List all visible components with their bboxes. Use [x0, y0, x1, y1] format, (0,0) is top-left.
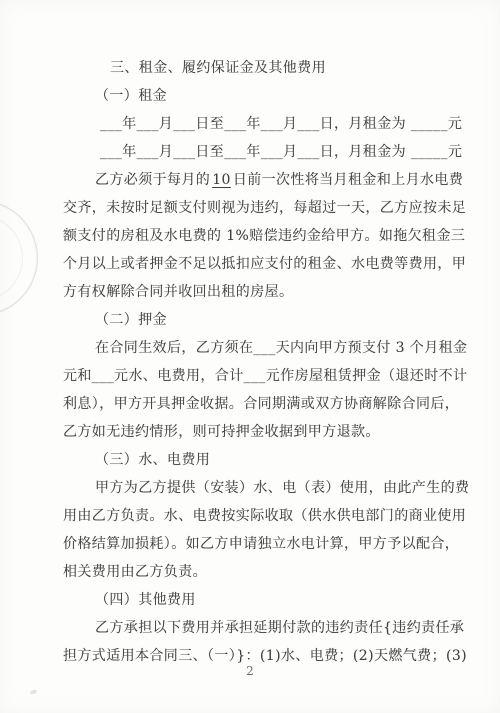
- utilities-para-line-4: 相关费用由乙方负责。: [63, 558, 441, 586]
- deposit-para-line-3: 利息），甲方开具押金收据。合同期满或双方协商解除合同后，: [63, 390, 441, 418]
- subsection-3-heading: （三）水、电费用: [63, 446, 441, 474]
- contract-scan-page: 三、租金、履约保证金及其他费用 （一）租金 ___年___月___日至___年_…: [0, 0, 500, 713]
- contract-body: 三、租金、履约保证金及其他费用 （一）租金 ___年___月___日至___年_…: [63, 54, 441, 670]
- rent-para-line-1-before: 乙方必须于每月的: [95, 172, 210, 188]
- rent-period-blank-line-2: ___年___月___日至___年___月___日，月租金为 _____元: [63, 138, 441, 166]
- subsection-1-heading: （一）租金: [63, 82, 441, 110]
- rent-para-line-2: 交齐，未按时足额支付则视为违约，每超过一天，乙方应按未足: [63, 194, 441, 222]
- deposit-para-line-1: 在合同生效后，乙方须在___天内向甲方预支付 3 个月租金: [63, 334, 441, 362]
- rent-period-blank-line-1: ___年___月___日至___年___月___日，月租金为 _____元: [63, 110, 441, 138]
- utilities-para-line-2: 用由乙方负责。水、电费按实际收取（供水供电部门的商业使用: [63, 502, 441, 530]
- subsection-4-heading: （四）其他费用: [63, 586, 441, 614]
- rent-para-line-1-day-underlined: 10: [210, 172, 233, 188]
- article-3-heading: 三、租金、履约保证金及其他费用: [63, 54, 441, 82]
- subsection-2-heading: （二）押金: [63, 306, 441, 334]
- rent-para-line-3: 额支付的房租及水电费的 1%赔偿违约金给甲方。如拖欠租金三: [63, 222, 441, 250]
- other-fees-para-line-1: 乙方承担以下费用并承担延期付款的违约责任{违约责任承: [63, 614, 441, 642]
- deposit-para-line-4: 乙方如无违约情形，则可持押金收据到甲方退款。: [63, 418, 441, 446]
- page-number: 2: [0, 661, 500, 681]
- faint-stamp-circle-watermark: [0, 200, 38, 316]
- deposit-para-line-2: 元和___元水、电费用，合计___元作房屋租赁押金（退还时不计: [63, 362, 441, 390]
- faint-stamp-inner-ring: [0, 215, 23, 301]
- rent-para-line-4: 个月以上或者押金不足以抵扣应支付的租金、水电费等费用，甲: [63, 250, 441, 278]
- rent-para-line-1-after: 日前一次性将当月租金和上月水电费: [233, 172, 463, 188]
- utilities-para-line-3: 价格结算加损耗）。如乙方申请独立水电计算，甲方予以配合，: [63, 530, 441, 558]
- scan-speck: [30, 689, 38, 695]
- utilities-para-line-1: 甲方为乙方提供（安装）水、电（表）使用，由此产生的费: [63, 474, 441, 502]
- rent-para-line-5: 方有权解除合同并收回出租的房屋。: [63, 278, 441, 306]
- rent-para-line-1: 乙方必须于每月的10日前一次性将当月租金和上月水电费: [63, 166, 441, 194]
